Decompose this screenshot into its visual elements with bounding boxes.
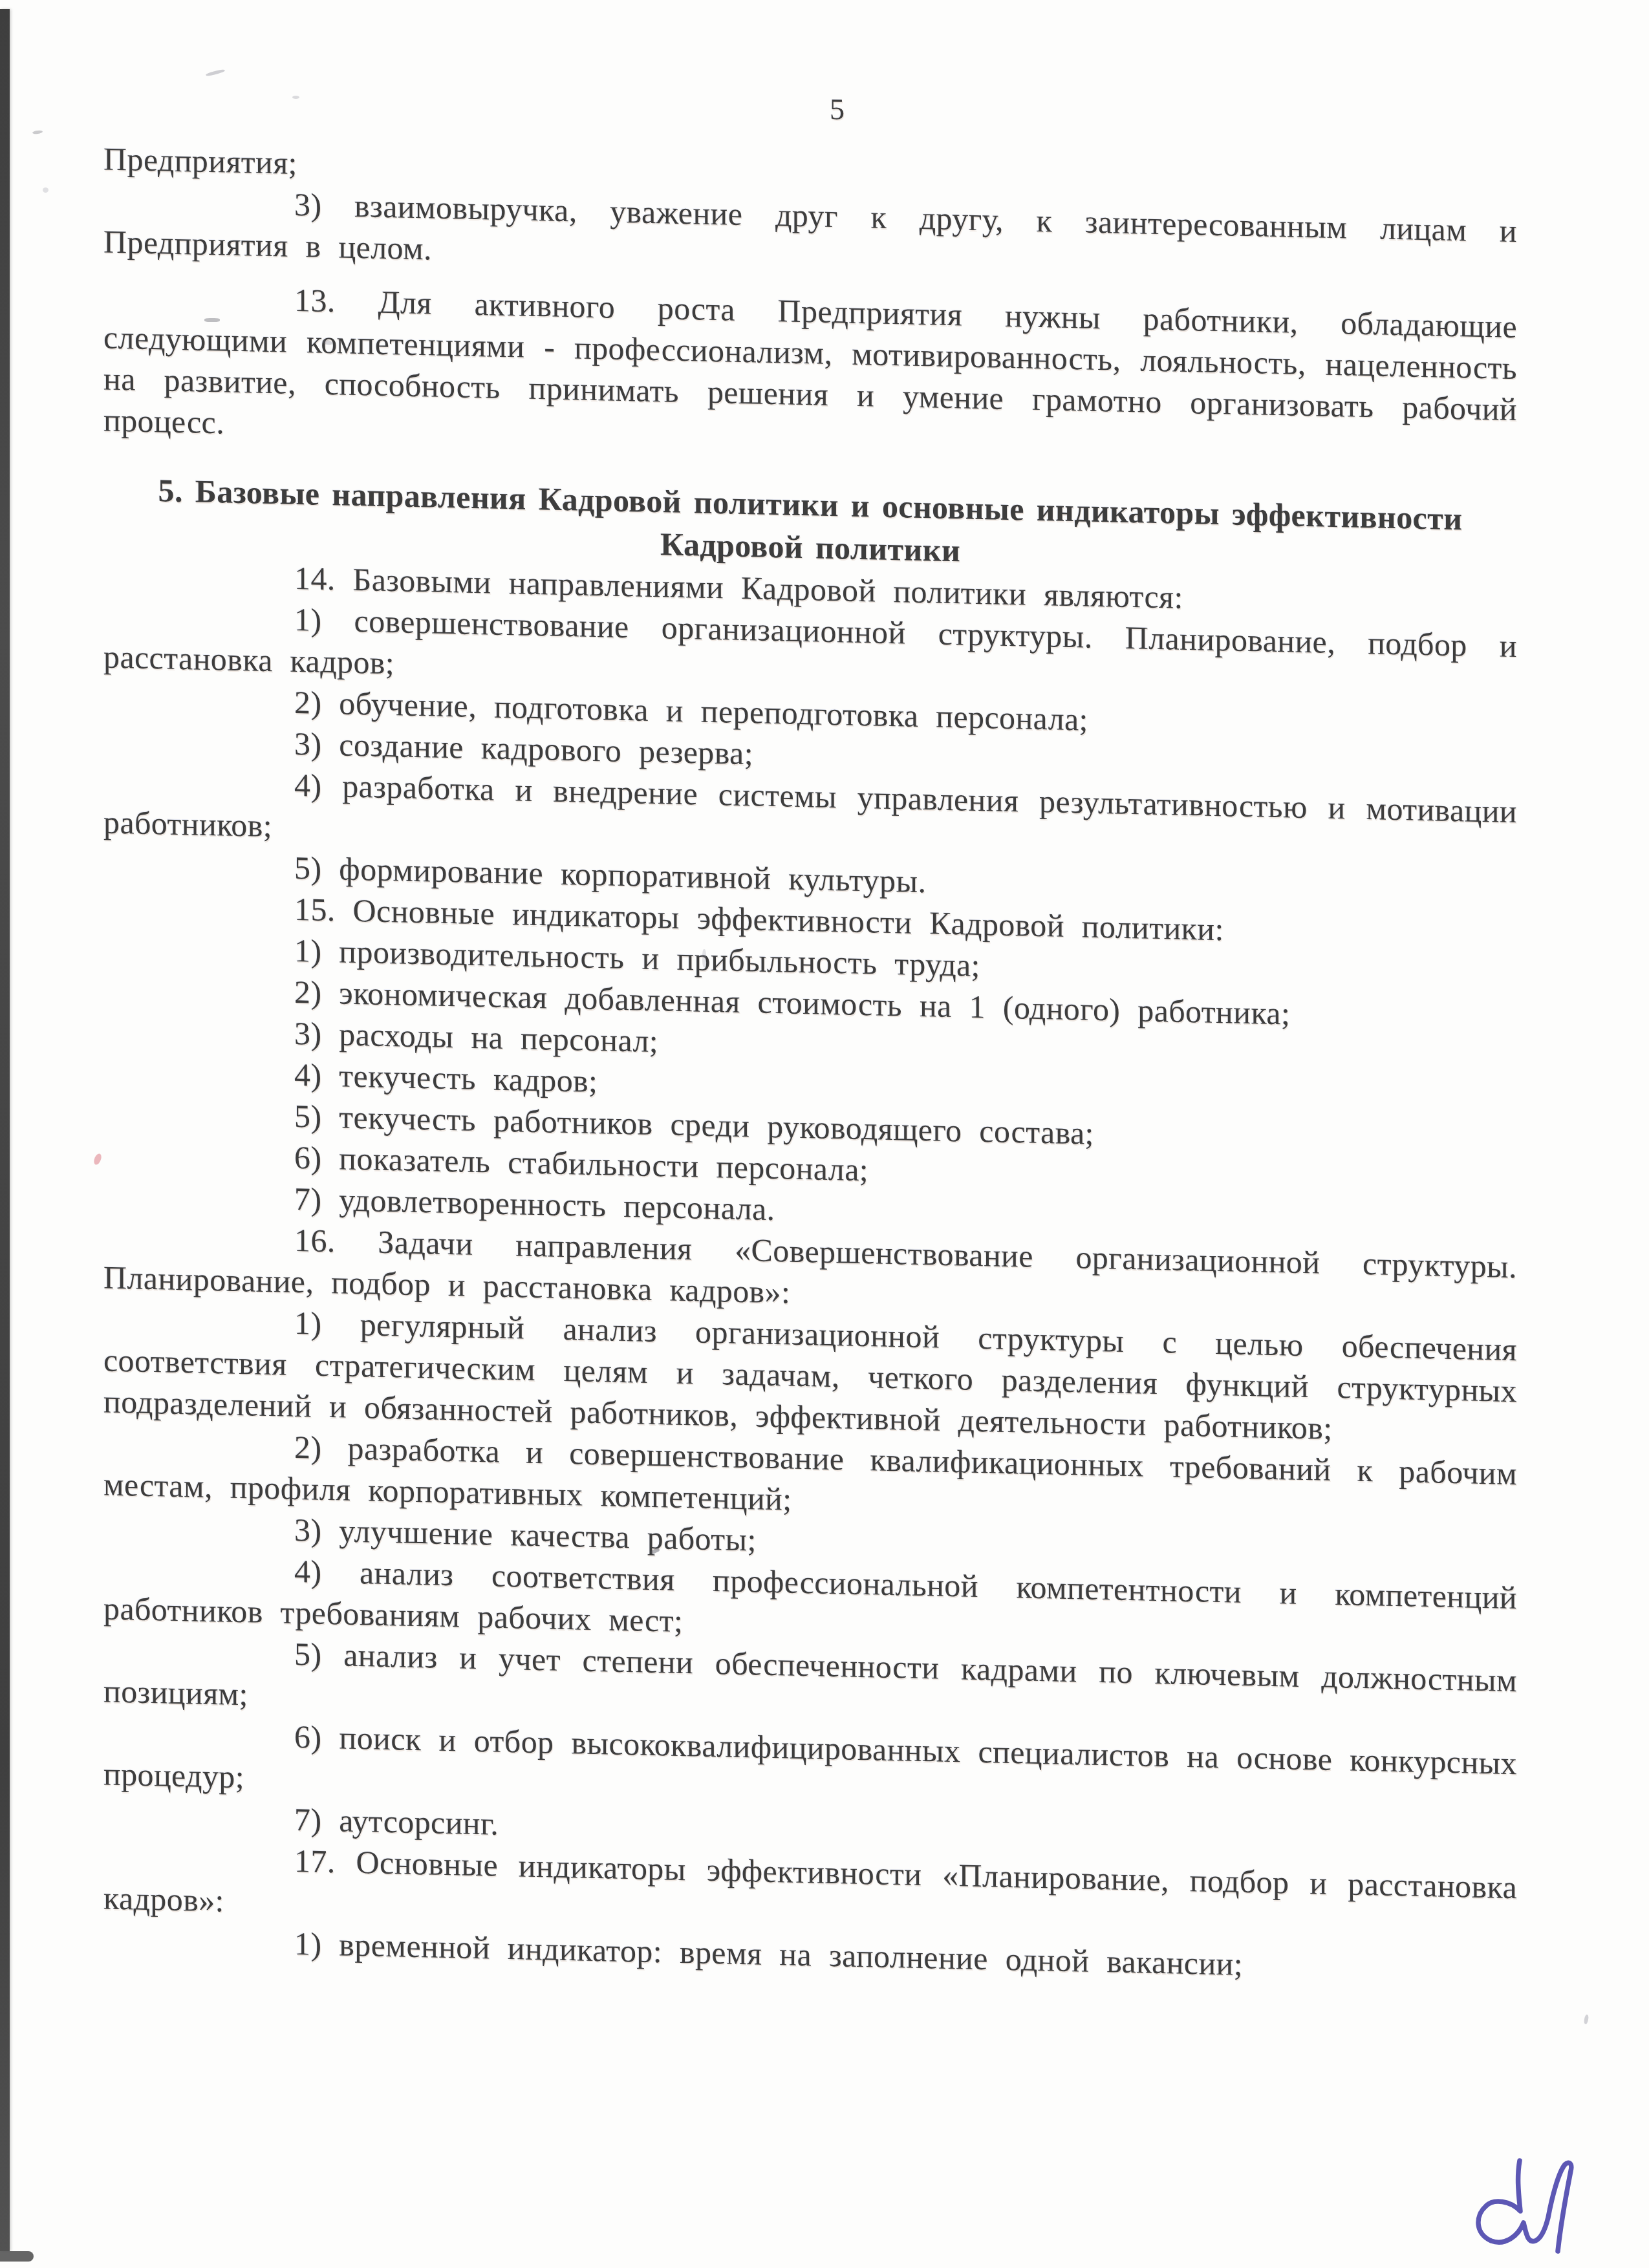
scan-speck — [1584, 2015, 1590, 2025]
page-number: 5 — [830, 93, 845, 126]
scan-speck — [32, 130, 43, 134]
signature — [1463, 2156, 1578, 2263]
paragraph: 13. Для активного роста Предприятия нужн… — [103, 275, 1517, 471]
scan-speck — [292, 96, 299, 99]
scan-speck — [204, 318, 220, 322]
scan-speck — [702, 949, 706, 967]
scanned-page: 5 Предприятия;3) взаимовыручка, уважение… — [0, 0, 1649, 2268]
scan-speck — [43, 187, 48, 193]
document-body: Предприятия;3) взаимовыручка, уважение д… — [103, 138, 1517, 1991]
scan-speck — [206, 69, 225, 76]
scan-edge-foot — [0, 2251, 34, 2262]
scan-edge-bar — [0, 9, 10, 2251]
page-content: 5 Предприятия;3) взаимовыручка, уважение… — [0, 0, 1649, 36]
pink-ink-speck — [93, 1153, 102, 1166]
